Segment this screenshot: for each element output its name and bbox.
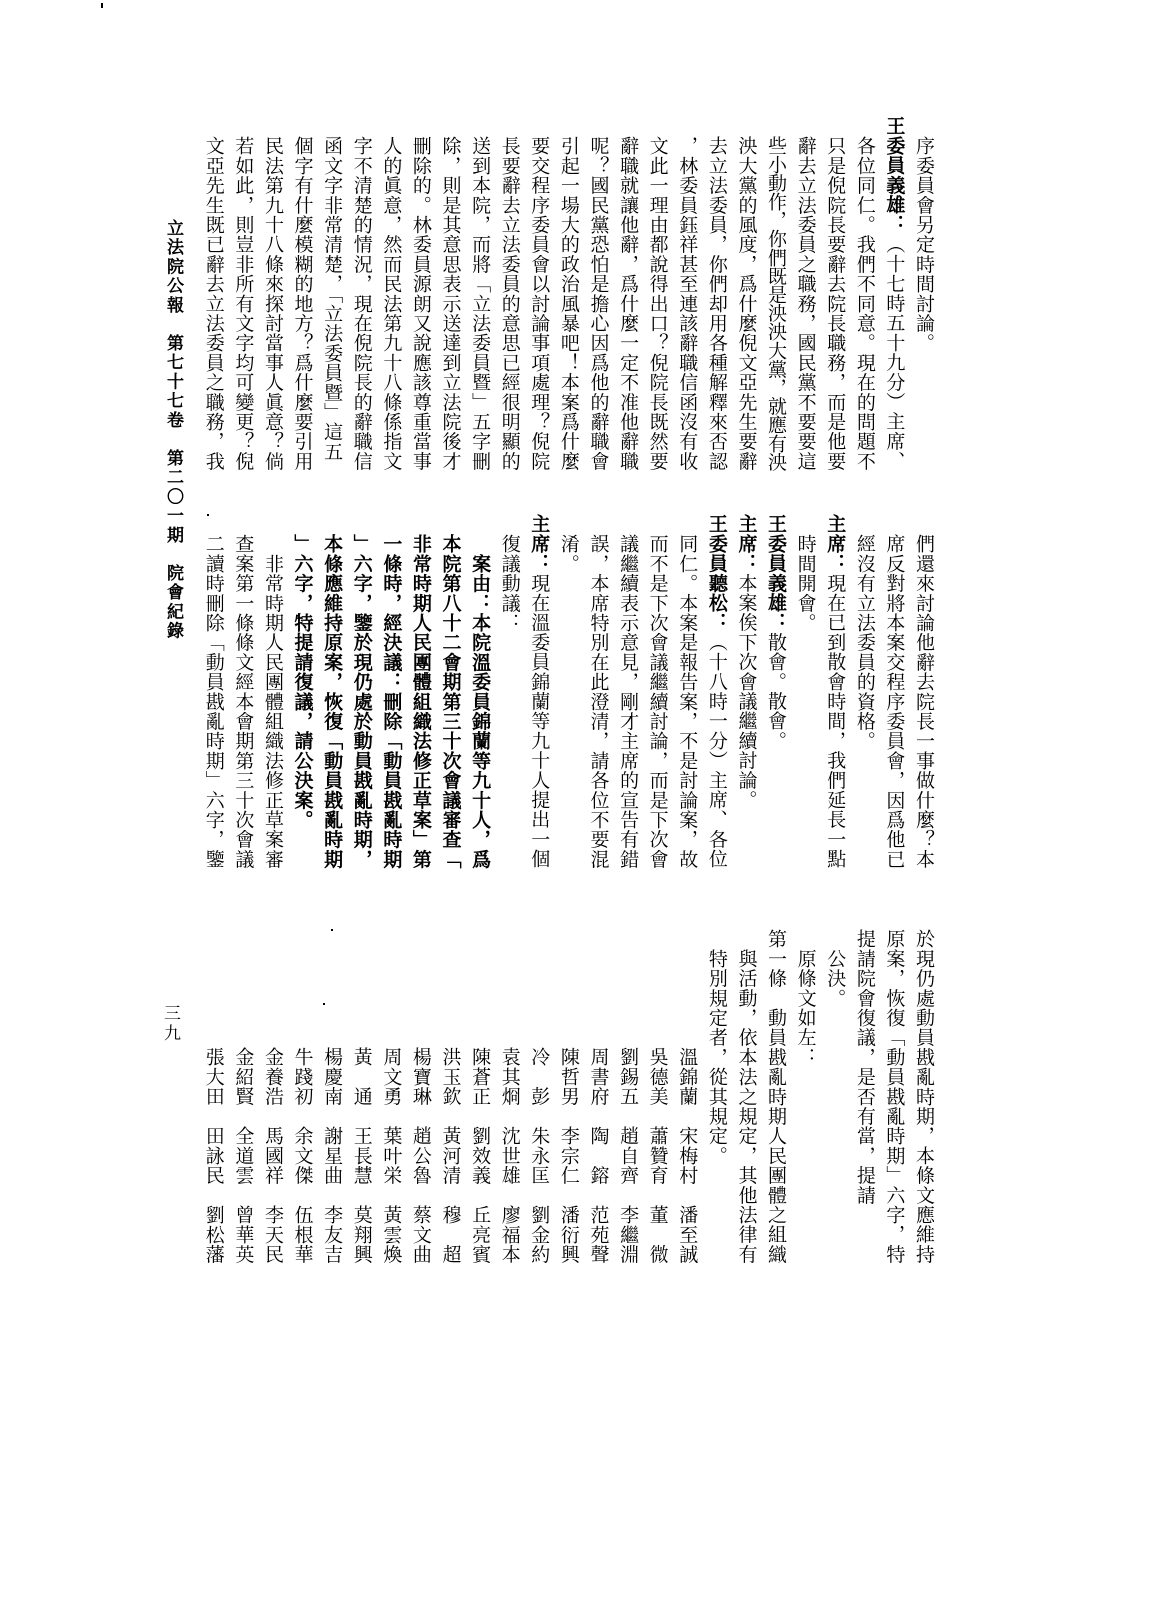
signatory-name: 劉錫五	[617, 1047, 639, 1106]
text-column: 席反對將本案交程序委員會，因爲他已	[879, 534, 909, 869]
speech-column: 主席：現在溫委員錦蘭等九十人提出一個	[524, 514, 554, 869]
signatory-column: 楊慶南謝星曲李友吉	[317, 929, 347, 1283]
signatory-name: 蔡文曲	[410, 1205, 432, 1264]
gazette-page: 立法院公報第七十七卷第二〇一期院會紀錄 三九 序委員會另定時間討論。 王委員義雄…	[0, 0, 1156, 1600]
explanation-column: 公決。	[820, 929, 850, 1008]
signatory-name: 廖福本	[499, 1205, 521, 1264]
text-column: 序委員會另定時間討論。	[908, 136, 938, 353]
tier-top: 序委員會另定時間討論。 王委員義雄：（十七時五十九分）主席、 各位同仁。我們不同…	[198, 136, 938, 471]
motion-reason-column: 本院第八十二會期第三十次會議審查「	[435, 534, 465, 869]
text-column: 辭職就讓他辭，爲什麼一定不准他辭職	[612, 136, 642, 471]
speech-text: 現在已到散會時間，我們延長一點	[824, 573, 846, 869]
signatory-name: 李天民	[262, 1205, 284, 1264]
text-column: 長要辭去立法委員的意思已經很明顯的	[494, 136, 524, 471]
speech-column: 主席：現在已到散會時間，我們延長一點	[820, 514, 850, 869]
article-text-column: 特別規定者，從其規定。	[701, 929, 731, 1165]
signatory-name: 楊慶南	[321, 1047, 343, 1106]
explanation-column: 原案，恢復「動員戡亂時期」六字，特	[879, 929, 909, 1264]
signatory-name: 吳德美	[647, 1047, 669, 1106]
article-text-column: 第一條 動員戡亂時期人民團體之組織	[760, 929, 790, 1264]
signatory-column: 黃 通王長慧莫翔興	[346, 929, 376, 1283]
signatory-column: 冷 彭朱永匡劉金約	[524, 929, 554, 1283]
signatory-name: 冷 彭	[528, 1047, 550, 1106]
signatory-name: 周書府	[587, 1047, 609, 1106]
text-column: 誤，本席特別在此澄清，請各位不要混	[583, 534, 613, 869]
text-column: 時間開會。	[790, 534, 820, 633]
motion-reason-column: 案由：本院溫委員錦蘭等九十人，爲	[465, 534, 495, 869]
signatory-name: 王長慧	[351, 1126, 373, 1185]
text-column: 們還來討論他辭去院長一事做什麼？本	[908, 534, 938, 869]
signatory-name: 莫翔興	[351, 1205, 373, 1264]
signatory-name: 洪玉欽	[440, 1047, 462, 1106]
text-column: 各位同仁。我們不同意。現在的問題不	[849, 136, 879, 471]
signatory-name: 潘衍興	[558, 1205, 580, 1264]
scan-artifact	[101, 3, 103, 8]
signatory-name: 范苑聲	[587, 1205, 609, 1264]
signatory-column: 陳哲男李宗仁潘衍興	[553, 929, 583, 1283]
speech-text: 本案俟下次會議繼續討論。	[735, 573, 757, 809]
explanation-column: 於現仍處動員戡亂時期，本條文應維持	[908, 929, 938, 1264]
signatory-name: 李宗仁	[558, 1126, 580, 1185]
speech-column: 王委員聽松：（十八時一分）主席、各位	[701, 514, 731, 869]
signatory-column: 楊寶琳趙公魯蔡文曲	[405, 929, 435, 1283]
text-column: 些小動作，你們既是泱泱大黨，就應有泱	[760, 136, 790, 471]
speech-text: 散會。散會。	[765, 633, 787, 751]
explanation-column: 二讀時刪除「動員戡亂時期」六字，鑒	[198, 534, 228, 869]
signatory-column: 金養浩馬國祥李天民	[257, 929, 287, 1283]
text-column: 議繼續表示意見，剛才主席的宣告有錯	[612, 534, 642, 869]
text-column: 要交程序委員會以討論事項處理？倪院	[524, 136, 554, 471]
text-column: 經沒有立法委員的資格。	[849, 534, 879, 751]
speech-column: 主席：本案俟下次會議繼續討論。	[731, 514, 761, 810]
signatory-name: 牛踐初	[292, 1047, 314, 1106]
text-column: 人的眞意，然而民法第九十八條係指文	[376, 136, 406, 471]
speaker-label: 主席：	[528, 514, 550, 573]
signatory-name: 劉效義	[469, 1126, 491, 1185]
signatory-column: 陳蒼正劉效義丘亮賓	[465, 929, 495, 1283]
signatory-name: 田詠民	[203, 1126, 225, 1185]
running-header: 立法院公報第七十七卷第二〇一期院會紀錄	[163, 219, 183, 641]
signatory-name: 潘至誠	[676, 1205, 698, 1264]
signatory-column: 周書府陶 鎔范苑聲	[583, 929, 613, 1283]
speaker-label: 王委員義雄：	[883, 116, 905, 234]
text-column: 引起一場大的政治風暴吧！本案爲什麼	[553, 136, 583, 471]
signatory-column: 吳德美蕭贊育董 微	[642, 929, 672, 1283]
motion-reason-column: 本條應維持原案，恢復「動員戡亂時期	[317, 534, 347, 869]
text-column: 文亞先生既已辭去立法委員之職務，我	[198, 136, 228, 471]
signatory-column: 周文勇葉叶栄黃雲煥	[376, 929, 406, 1283]
signatory-name: 沈世雄	[499, 1126, 521, 1185]
signatory-name: 曾華英	[232, 1205, 254, 1264]
text-column: 同仁。本案是報告案，不是討論案，故	[672, 534, 702, 869]
signatory-name: 劉松藩	[203, 1205, 225, 1264]
signatory-name: 劉金約	[528, 1205, 550, 1264]
text-column: 除，則是其意思表示送達到立法院後才	[435, 136, 465, 471]
speaker-label: 王委員聽松：	[706, 514, 728, 632]
signatory-column: 牛踐初余文傑伍根華	[287, 929, 317, 1283]
speech-column: 王委員義雄：（十七時五十九分）主席、	[879, 116, 909, 471]
motion-reason-column: 一條時，經決議：刪除「動員戡亂時期	[376, 534, 406, 869]
scan-artifact	[207, 514, 209, 516]
signatory-name: 楊寶琳	[410, 1047, 432, 1106]
motion-title: 復議動議：	[494, 534, 524, 633]
explanation-column: 提請院會復議，是否有當，提請	[849, 929, 879, 1205]
speech-text: （十七時五十九分）主席、	[883, 235, 905, 471]
speaker-label: 主席：	[735, 514, 757, 573]
speech-text: 現在溫委員錦蘭等九十人提出一個	[528, 573, 550, 869]
signatory-column: 袁其烱沈世雄廖福本	[494, 929, 524, 1283]
signatory-column: 洪玉欽黃河清穆 超	[435, 929, 465, 1283]
signatory-name: 馬國祥	[262, 1126, 284, 1185]
section-title: 院會紀錄	[163, 564, 183, 641]
motion-reason-column: 」六字，鑒於現仍處於動員戡亂時期，	[346, 534, 376, 869]
signatory-name: 謝星曲	[321, 1126, 343, 1185]
text-column: 而不是下次會議繼續討論，而是下次會	[642, 534, 672, 869]
signatory-column: 溫錦蘭宋梅村潘至誠	[672, 929, 702, 1283]
speech-text: （十八時一分）主席、各位	[706, 633, 728, 869]
text-column: 若如此，則豈非所有文字均可變更？倪	[228, 136, 258, 471]
signatory-name: 伍根華	[292, 1205, 314, 1264]
signatory-name: 陶 鎔	[587, 1126, 609, 1185]
text-column: 呢？國民黨恐怕是擔心因爲他的辭職會	[583, 136, 613, 471]
signatory-name: 李繼淵	[617, 1205, 639, 1264]
signatory-name: 陳蒼正	[469, 1047, 491, 1106]
signatory-name: 穆 超	[440, 1205, 462, 1264]
publication-title: 立法院公報	[163, 219, 183, 315]
text-column: 函文字非常清楚，「立法委員暨」這五	[317, 136, 347, 461]
signatory-name: 李友吉	[321, 1205, 343, 1264]
tier-middle: 們還來討論他辭去院長一事做什麼？本 席反對將本案交程序委員會，因爲他已 經沒有立…	[198, 534, 938, 869]
explanation-column: 查案第一條條文經本會期第三十次會議	[228, 534, 258, 869]
article-text-column: 與活動，依本法之規定，其他法律有	[731, 929, 761, 1264]
page-number: 三九	[160, 1004, 180, 1044]
signatory-name: 金紹賢	[232, 1047, 254, 1106]
issue-number: 第二〇一期	[163, 449, 183, 545]
signatory-name: 余文傑	[292, 1126, 314, 1185]
text-column: 文此一理由都說得出口？倪院長既然要	[642, 136, 672, 471]
signatory-name: 黃 通	[351, 1047, 373, 1106]
text-column: ，林委員鈺祥甚至連該辭職信函沒有收	[672, 136, 702, 471]
text-column: 送到本院，而將「立法委員暨」五字刪	[465, 136, 495, 471]
text-column: 去立法委員，你們却用各種解釋來否認	[701, 136, 731, 471]
original-article-heading: 原條文如左：	[790, 929, 820, 1067]
speech-column: 王委員義雄：散會。散會。	[760, 514, 790, 750]
signatory-name: 丘亮賓	[469, 1205, 491, 1264]
signatory-name: 蕭贊育	[647, 1126, 669, 1185]
signatory-name: 宋梅村	[676, 1126, 698, 1185]
signatory-name: 金養浩	[262, 1047, 284, 1106]
signatory-name: 全道雲	[232, 1126, 254, 1185]
motion-reason-column: 非常時期人民團體組織法修正草案」第	[405, 534, 435, 869]
signatory-name: 趙自齊	[617, 1126, 639, 1185]
signatory-name: 黃雲煥	[380, 1205, 402, 1264]
volume-number: 第七十七卷	[163, 334, 183, 430]
signatory-name: 袁其烱	[499, 1047, 521, 1106]
signatory-name: 周文勇	[380, 1047, 402, 1106]
text-column: 淆。	[553, 534, 583, 573]
text-column: 刪除的。林委員源朗又說應該尊重當事	[405, 136, 435, 471]
explanation-column: 非常時期人民團體組織法修正草案審	[257, 534, 287, 869]
text-column: 字不清楚的情況，現在倪院長的辭職信	[346, 136, 376, 471]
motion-reason-column: 」六字，特提請復議，請公決案。	[287, 534, 317, 830]
signatory-name: 董 微	[647, 1205, 669, 1264]
text-column: 個字有什麼模糊的地方？爲什麼要引用	[287, 136, 317, 471]
signatory-name: 葉叶栄	[380, 1126, 402, 1185]
signatory-name: 張大田	[203, 1047, 225, 1106]
signatory-name: 趙公魯	[410, 1126, 432, 1185]
speaker-label: 主席：	[824, 514, 846, 573]
text-column: 民法第九十八條來探討當事人眞意？倘	[257, 136, 287, 471]
signatory-name: 陳哲男	[558, 1047, 580, 1106]
text-column: 泱大黨的風度，爲什麼倪文亞先生要辭	[731, 136, 761, 471]
signatory-name: 朱永匡	[528, 1126, 550, 1185]
tier-bottom: 於現仍處動員戡亂時期，本條文應維持 原案，恢復「動員戡亂時期」六字，特 提請院會…	[198, 929, 938, 1283]
signatory-column: 金紹賢全道雲曾華英	[228, 929, 258, 1283]
text-column: 辭去立法委員之職務，國民黨不要要這	[790, 136, 820, 471]
text-column: 只是倪院長要辭去院長職務，而是他要	[820, 136, 850, 471]
signatory-column: 劉錫五趙自齊李繼淵	[612, 929, 642, 1283]
speaker-label: 王委員義雄：	[765, 514, 787, 632]
signatory-column: 張大田田詠民劉松藩	[198, 929, 228, 1283]
signatory-name: 溫錦蘭	[676, 1047, 698, 1106]
signatory-name: 黃河清	[440, 1126, 462, 1185]
